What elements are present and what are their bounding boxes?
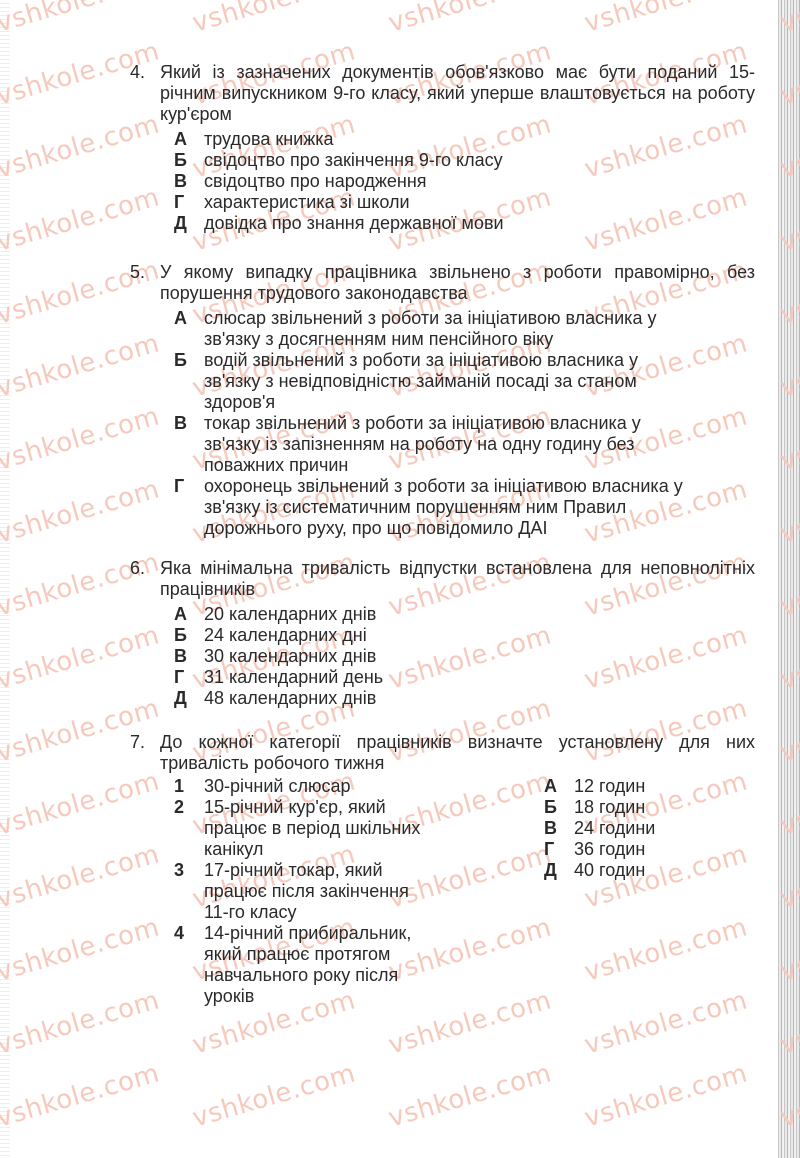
option-text: водій звільнений з роботи за ініціативою… <box>204 350 684 413</box>
watermark-text: vshkole.com <box>385 0 555 39</box>
option-letter: Д <box>174 688 204 709</box>
option-text: слюсар звільнений з роботи за ініціативо… <box>204 308 684 350</box>
question-text: Яка мінімальна тривалість відпустки вста… <box>160 558 755 600</box>
watermark-text: vshkole.com <box>581 1058 751 1133</box>
category-item[interactable]: 215-річний кур'єр, який працює в період … <box>174 797 434 860</box>
option-text: 48 календарних днів <box>204 688 755 709</box>
question-5: 5. У якому випадку працівника звільнено … <box>130 262 755 539</box>
answer-option[interactable]: Атрудова книжка <box>174 129 755 150</box>
option-letter: В <box>174 646 204 667</box>
category-item[interactable]: 414-річний прибиральник, який працює про… <box>174 923 434 1007</box>
item-letter: Д <box>544 860 574 881</box>
item-letter: А <box>544 776 574 797</box>
answer-option[interactable]: Ддовідка про знання державної мови <box>174 213 755 234</box>
option-text: охоронець звільнений з роботи за ініціат… <box>204 476 684 539</box>
question-6: 6. Яка мінімальна тривалість відпустки в… <box>130 558 755 709</box>
item-text: 40 годин <box>574 860 724 881</box>
item-text: 36 годин <box>574 839 724 860</box>
matching-columns: 130-річний слюсар 215-річний кур'єр, яки… <box>174 776 755 1007</box>
option-letter: В <box>174 413 204 476</box>
answer-option[interactable]: Гохоронець звільнений з роботи за ініціа… <box>174 476 684 539</box>
answer-option[interactable]: Б24 календарних дні <box>174 625 755 646</box>
question-number: 6. <box>130 558 154 579</box>
item-text: 14-річний прибиральник, який працює прот… <box>204 923 434 1007</box>
answer-option[interactable]: Бводій звільнений з роботи за ініціативо… <box>174 350 684 413</box>
answer-option[interactable]: Всвідоцтво про народження <box>174 171 755 192</box>
answer-options: Аслюсар звільнений з роботи за ініціатив… <box>174 308 684 539</box>
scan-edge-left <box>0 0 10 1158</box>
item-number: 2 <box>174 797 204 860</box>
item-text: 30-річний слюсар <box>204 776 434 797</box>
option-letter: Д <box>174 213 204 234</box>
duration-item[interactable]: Г36 годин <box>544 839 724 860</box>
option-letter: Г <box>174 476 204 539</box>
category-item[interactable]: 317-річний токар, який працює після закі… <box>174 860 434 923</box>
answer-option[interactable]: А20 календарних днів <box>174 604 755 625</box>
question-text: Який із зазначених документів обов'язков… <box>160 62 755 125</box>
option-letter: А <box>174 308 204 350</box>
item-number: 4 <box>174 923 204 1007</box>
item-text: 18 годин <box>574 797 724 818</box>
item-text: 15-річний кур'єр, який працює в період ш… <box>204 797 434 860</box>
option-letter: Б <box>174 150 204 171</box>
option-letter: Б <box>174 350 204 413</box>
item-text: 24 години <box>574 818 724 839</box>
watermark-text: vshkole.com <box>581 0 751 39</box>
answer-options: А20 календарних днів Б24 календарних дні… <box>174 604 755 709</box>
question-number: 7. <box>130 732 154 753</box>
duration-item[interactable]: В24 години <box>544 818 724 839</box>
duration-item[interactable]: А12 годин <box>544 776 724 797</box>
answer-option[interactable]: Гхарактеристика зі школи <box>174 192 755 213</box>
option-text: свідоцтво про народження <box>204 171 755 192</box>
question-text: До кожної категорії працівників визначте… <box>160 732 755 774</box>
option-text: свідоцтво про закінчення 9-го класу <box>204 150 755 171</box>
option-letter: Б <box>174 625 204 646</box>
item-letter: Г <box>544 839 574 860</box>
option-letter: Г <box>174 667 204 688</box>
category-item[interactable]: 130-річний слюсар <box>174 776 434 797</box>
question-4: 4. Який із зазначених документів обов'яз… <box>130 62 755 234</box>
option-text: трудова книжка <box>204 129 755 150</box>
option-letter: В <box>174 171 204 192</box>
option-letter: Г <box>174 192 204 213</box>
option-text: 30 календарних днів <box>204 646 755 667</box>
answer-option[interactable]: Аслюсар звільнений з роботи за ініціатив… <box>174 308 684 350</box>
option-text: 24 календарних дні <box>204 625 755 646</box>
item-number: 1 <box>174 776 204 797</box>
watermark-text: vshkole.com <box>189 1058 359 1133</box>
answer-options: Атрудова книжка Бсвідоцтво про закінченн… <box>174 129 755 234</box>
watermark-text: vshkole.com <box>385 1058 555 1133</box>
durations-column: А12 годин Б18 годин В24 години Г36 годин… <box>544 776 724 1007</box>
option-text: 20 календарних днів <box>204 604 755 625</box>
item-letter: Б <box>544 797 574 818</box>
question-7: 7. До кожної категорії працівників визна… <box>130 732 755 1007</box>
watermark-text: vshkole.com <box>0 0 163 39</box>
option-text: 31 календарний день <box>204 667 755 688</box>
answer-option[interactable]: Г31 календарний день <box>174 667 755 688</box>
answer-option[interactable]: В30 календарних днів <box>174 646 755 667</box>
item-text: 17-річний токар, який працює після закін… <box>204 860 434 923</box>
watermark-text: vshkole.com <box>189 0 359 39</box>
duration-item[interactable]: Д40 годин <box>544 860 724 881</box>
option-text: довідка про знання державної мови <box>204 213 755 234</box>
answer-option[interactable]: Д48 календарних днів <box>174 688 755 709</box>
question-number: 4. <box>130 62 154 83</box>
duration-item[interactable]: Б18 годин <box>544 797 724 818</box>
option-text: токар звільнений з роботи за ініціативою… <box>204 413 684 476</box>
question-text: У якому випадку працівника звільнено з р… <box>160 262 755 304</box>
scan-edge-right <box>778 0 800 1158</box>
option-text: характеристика зі школи <box>204 192 755 213</box>
option-letter: А <box>174 129 204 150</box>
answer-option[interactable]: Втокар звільнений з роботи за ініціативо… <box>174 413 684 476</box>
item-text: 12 годин <box>574 776 724 797</box>
item-letter: В <box>544 818 574 839</box>
option-letter: А <box>174 604 204 625</box>
question-number: 5. <box>130 262 154 283</box>
item-number: 3 <box>174 860 204 923</box>
categories-column: 130-річний слюсар 215-річний кур'єр, яки… <box>174 776 544 1007</box>
answer-option[interactable]: Бсвідоцтво про закінчення 9-го класу <box>174 150 755 171</box>
watermark-text: vshkole.com <box>0 1058 163 1133</box>
